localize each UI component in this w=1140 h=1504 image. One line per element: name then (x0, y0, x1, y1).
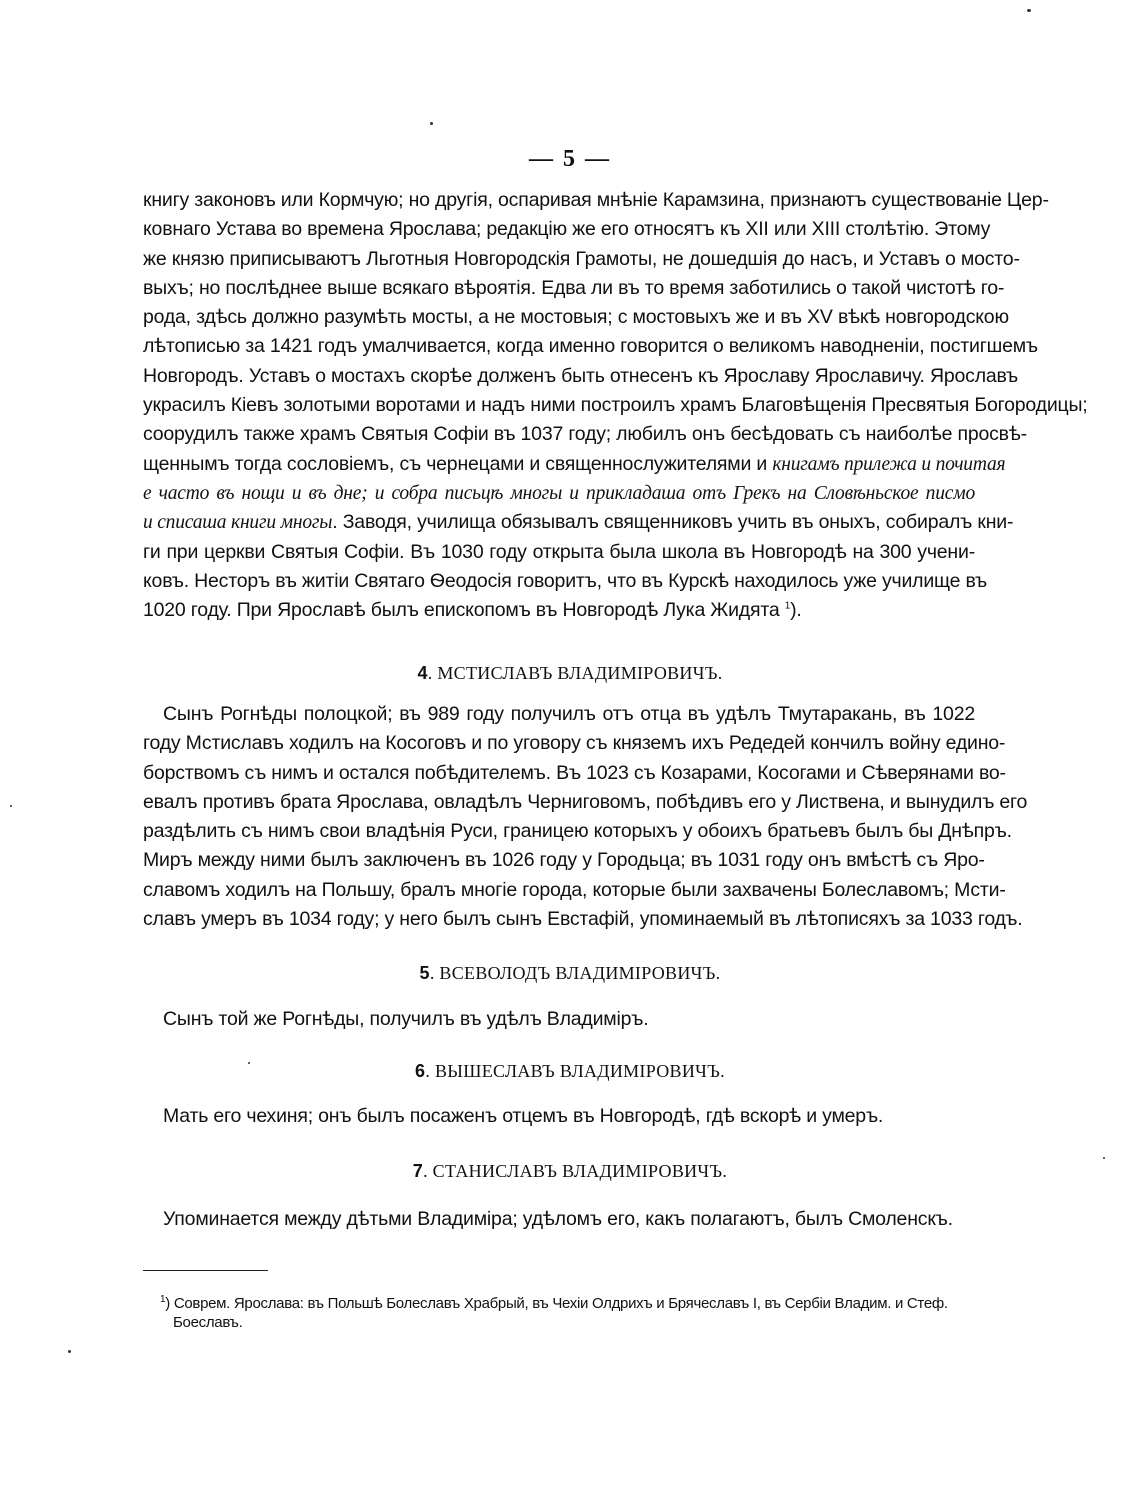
text-line-mixed: щеннымъ тогда сословіемъ, съ чернецами и… (143, 450, 975, 479)
scan-speck (10, 805, 12, 807)
text-line: борствомъ съ нимъ и остался побѣдителемъ… (143, 759, 975, 788)
footnote-continuation: Боеславъ. (160, 1313, 980, 1332)
section-title: . МСТИСЛАВЪ ВЛАДИМІРОВИЧЪ. (428, 663, 723, 683)
section-number: 4 (417, 663, 427, 683)
text-line: книгу законовъ или Кормчую; но другія, о… (143, 186, 975, 215)
text-line-mixed: и списаша книги многы. Заводя, училища о… (143, 508, 975, 537)
text-line: славъ умеръ въ 1034 году; у него былъ сы… (143, 905, 975, 934)
text-line: раздѣлить съ нимъ свои владѣнія Руси, гр… (143, 817, 975, 846)
paragraph-yaroslav: книгу законовъ или Кормчую; но другія, о… (143, 186, 975, 625)
text-line: украсилъ Кіевъ золотыми воротами и надъ … (143, 391, 975, 420)
paragraph-vysheslav: Мать его чехиня; онъ былъ посаженъ отцем… (143, 1102, 975, 1131)
text-line: славомъ ходилъ на Польшу, бралъ многіе г… (143, 876, 975, 905)
text-line: 1020 году. При Ярославѣ былъ епископомъ … (143, 596, 975, 625)
quotation-italic: книгамъ прилежа и почитая (772, 454, 1005, 475)
scanned-book-page: — 5 — книгу законовъ или Кормчую; но дру… (0, 0, 1140, 1504)
text-segment: щеннымъ тогда сословіемъ, съ чернецами и… (143, 453, 772, 475)
section-number: 7 (413, 1161, 423, 1181)
section-heading-vsevolod: 5. ВСЕВОЛОДЪ ВЛАДИМІРОВИЧЪ. (0, 963, 1140, 984)
text-line: рода, здѣсь должно разумѣть мосты, а не … (143, 303, 975, 332)
section-title: . ВЫШЕСЛАВЪ ВЛАДИМІРОВИЧЪ. (425, 1061, 725, 1081)
scan-speck (248, 1062, 250, 1064)
text-line: лѣтописью за 1421 годъ умалчивается, ког… (143, 332, 975, 361)
section-title: . ВСЕВОЛОДЪ ВЛАДИМІРОВИЧЪ. (430, 963, 721, 983)
section-number: 5 (420, 963, 430, 983)
paragraph-mstislav: Сынъ Рогнѣды полоцкой; въ 989 году получ… (143, 700, 975, 934)
text-line: Новгородъ. Уставъ о мостахъ скорѣе долже… (143, 362, 975, 391)
text-line: выхъ; но послѣднее выше всякаго вѣроятія… (143, 274, 975, 303)
section-number: 6 (415, 1061, 425, 1081)
scan-speck (1027, 9, 1031, 12)
scan-speck (68, 1350, 71, 1353)
footnote-text: ) Соврем. Ярослава: въ Польшѣ Болеславъ … (165, 1295, 948, 1312)
text-line: соорудилъ также храмъ Святыя Софіи въ 10… (143, 420, 975, 449)
text-line: ги при церкви Святыя Софіи. Въ 1030 году… (143, 538, 975, 567)
scan-speck (430, 122, 433, 125)
text-line: Сынъ той же Рогнѣды, получилъ въ удѣлъ В… (143, 1005, 975, 1034)
quotation-italic: и списаша книги многы (143, 512, 332, 533)
text-segment: . Заводя, училища обязывалъ священниковъ… (332, 511, 1013, 533)
paragraph-stanislav: Упоминается между дѣтьми Владиміра; удѣл… (143, 1205, 975, 1234)
text-line: ковъ. Несторъ въ житіи Святаго Ѳеодосія … (143, 567, 975, 596)
text-line: Мать его чехиня; онъ былъ посаженъ отцем… (143, 1102, 975, 1131)
text-line: евалъ противъ брата Ярослава, овладѣлъ Ч… (143, 788, 975, 817)
text-line: же князю приписываютъ Льготныя Новгородс… (143, 245, 975, 274)
section-heading-stanislav: 7. СТАНИСЛАВЪ ВЛАДИМІРОВИЧЪ. (0, 1161, 1140, 1182)
paragraph-vsevolod: Сынъ той же Рогнѣды, получилъ въ удѣлъ В… (143, 1005, 975, 1034)
section-title: . СТАНИСЛАВЪ ВЛАДИМІРОВИЧЪ. (423, 1161, 727, 1181)
text-line: году Мстиславъ ходилъ на Косоговъ и по у… (143, 729, 975, 758)
text-segment: ). (790, 599, 802, 621)
text-line: Миръ между ними былъ заключенъ въ 1026 г… (143, 846, 975, 875)
section-heading-vysheslav: 6. ВЫШЕСЛАВЪ ВЛАДИМІРОВИЧЪ. (0, 1061, 1140, 1082)
page-number: — 5 — (0, 146, 1140, 173)
footnote: 1) Соврем. Ярослава: въ Польшѣ Болеславъ… (160, 1294, 980, 1332)
text-line: ковнаго Устава во времена Ярослава; реда… (143, 215, 975, 244)
quotation-italic: е часто въ нощи и въ дне; и собра письцѣ… (143, 479, 975, 508)
text-segment: 1020 году. При Ярославѣ былъ епископомъ … (143, 599, 785, 621)
text-line: Сынъ Рогнѣды полоцкой; въ 989 году получ… (143, 700, 975, 729)
footnote-divider (143, 1270, 268, 1271)
text-line: Упоминается между дѣтьми Владиміра; удѣл… (143, 1205, 975, 1234)
section-heading-mstislav: 4. МСТИСЛАВЪ ВЛАДИМІРОВИЧЪ. (0, 663, 1140, 684)
scan-speck (1103, 1157, 1105, 1159)
